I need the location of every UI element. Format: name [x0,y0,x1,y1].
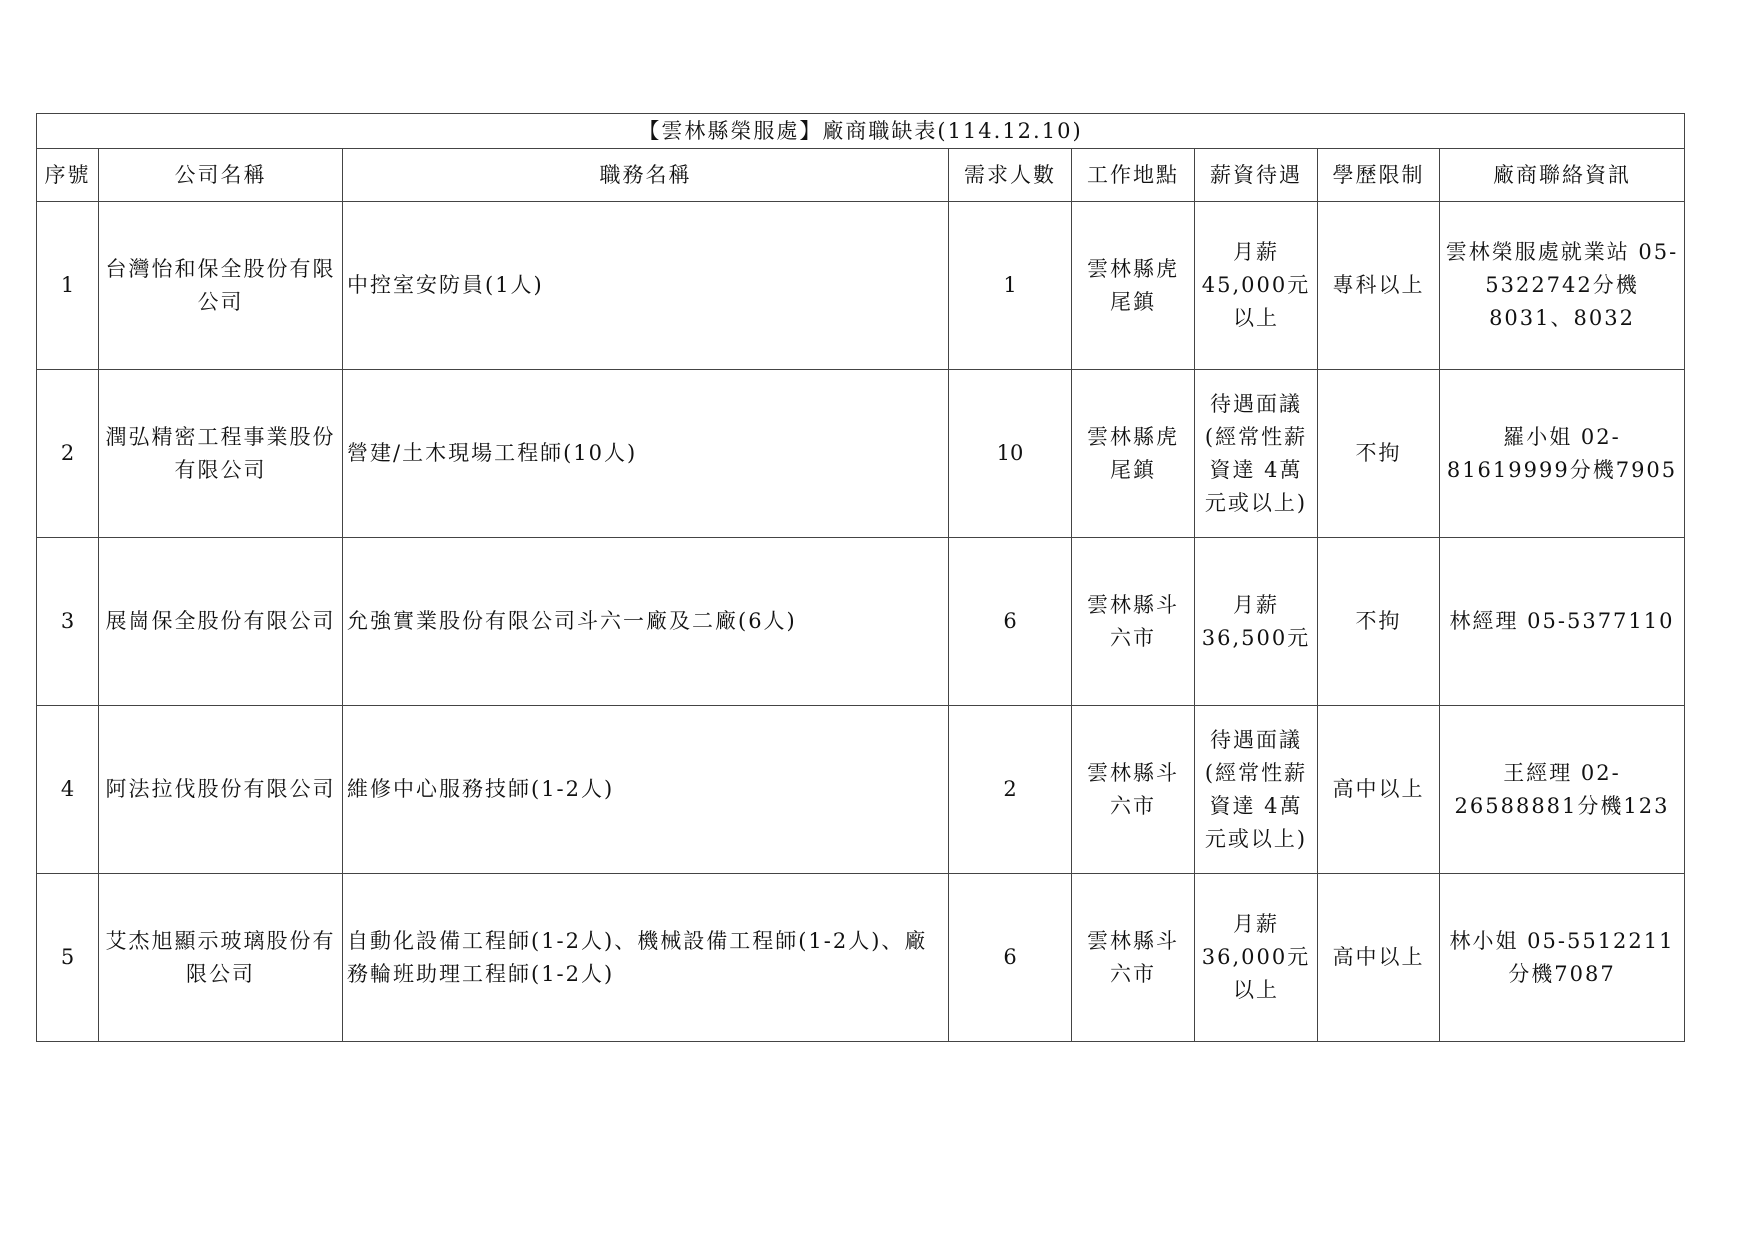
job-vacancy-document: 【雲林縣榮服處】廠商職缺表(114.12.10) 序號 公司名稱 職務名稱 需求… [36,113,1684,1042]
job-vacancy-table: 【雲林縣榮服處】廠商職缺表(114.12.10) 序號 公司名稱 職務名稱 需求… [36,113,1685,1042]
cell-education: 不拘 [1318,538,1440,706]
cell-company: 展崗保全股份有限公司 [99,538,343,706]
table-header-row: 序號 公司名稱 職務名稱 需求人數 工作地點 薪資待遇 學歷限制 廠商聯絡資訊 [37,149,1685,202]
cell-company: 台灣怡和保全股份有限公司 [99,202,343,370]
cell-location: 雲林縣斗六市 [1072,538,1195,706]
column-header-salary: 薪資待遇 [1195,149,1318,202]
cell-headcount: 2 [949,706,1072,874]
column-header-contact: 廠商聯絡資訊 [1440,149,1685,202]
cell-headcount: 6 [949,538,1072,706]
cell-contact: 雲林榮服處就業站 05-5322742分機8031、8032 [1440,202,1685,370]
cell-no: 5 [37,874,99,1042]
cell-position: 允強實業股份有限公司斗六一廠及二廠(6人) [343,538,949,706]
table-title-row: 【雲林縣榮服處】廠商職缺表(114.12.10) [37,114,1685,149]
cell-no: 3 [37,538,99,706]
column-header-headcount: 需求人數 [949,149,1072,202]
table-row: 4 阿法拉伐股份有限公司 維修中心服務技師(1-2人) 2 雲林縣斗六市 待遇面… [37,706,1685,874]
cell-education: 專科以上 [1318,202,1440,370]
cell-education: 高中以上 [1318,874,1440,1042]
column-header-position: 職務名稱 [343,149,949,202]
cell-position: 維修中心服務技師(1-2人) [343,706,949,874]
cell-education: 不拘 [1318,370,1440,538]
cell-salary: 月薪36,500元 [1195,538,1318,706]
cell-contact: 林經理 05-5377110 [1440,538,1685,706]
cell-salary: 待遇面議(經常性薪資達 4萬元或以上) [1195,706,1318,874]
cell-headcount: 1 [949,202,1072,370]
cell-contact: 羅小姐 02-81619999分機7905 [1440,370,1685,538]
cell-contact: 林小姐 05-5512211分機7087 [1440,874,1685,1042]
cell-no: 4 [37,706,99,874]
cell-salary: 月薪36,000元以上 [1195,874,1318,1042]
cell-no: 1 [37,202,99,370]
cell-salary: 待遇面議(經常性薪資達 4萬元或以上) [1195,370,1318,538]
cell-contact: 王經理 02-26588881分機123 [1440,706,1685,874]
table-row: 2 潤弘精密工程事業股份有限公司 營建/土木現場工程師(10人) 10 雲林縣虎… [37,370,1685,538]
cell-education: 高中以上 [1318,706,1440,874]
cell-no: 2 [37,370,99,538]
cell-company: 艾杰旭顯示玻璃股份有限公司 [99,874,343,1042]
cell-position: 營建/土木現場工程師(10人) [343,370,949,538]
document-title: 【雲林縣榮服處】廠商職缺表(114.12.10) [37,114,1685,149]
table-row: 1 台灣怡和保全股份有限公司 中控室安防員(1人) 1 雲林縣虎尾鎮 月薪45,… [37,202,1685,370]
cell-salary: 月薪45,000元以上 [1195,202,1318,370]
cell-headcount: 6 [949,874,1072,1042]
column-header-no: 序號 [37,149,99,202]
cell-location: 雲林縣斗六市 [1072,874,1195,1042]
column-header-company: 公司名稱 [99,149,343,202]
cell-position: 自動化設備工程師(1-2人)、機械設備工程師(1-2人)、廠務輪班助理工程師(1… [343,874,949,1042]
cell-position: 中控室安防員(1人) [343,202,949,370]
cell-location: 雲林縣斗六市 [1072,706,1195,874]
table-row: 3 展崗保全股份有限公司 允強實業股份有限公司斗六一廠及二廠(6人) 6 雲林縣… [37,538,1685,706]
column-header-location: 工作地點 [1072,149,1195,202]
column-header-education: 學歷限制 [1318,149,1440,202]
cell-company: 阿法拉伐股份有限公司 [99,706,343,874]
cell-headcount: 10 [949,370,1072,538]
cell-location: 雲林縣虎尾鎮 [1072,370,1195,538]
cell-location: 雲林縣虎尾鎮 [1072,202,1195,370]
cell-company: 潤弘精密工程事業股份有限公司 [99,370,343,538]
table-row: 5 艾杰旭顯示玻璃股份有限公司 自動化設備工程師(1-2人)、機械設備工程師(1… [37,874,1685,1042]
